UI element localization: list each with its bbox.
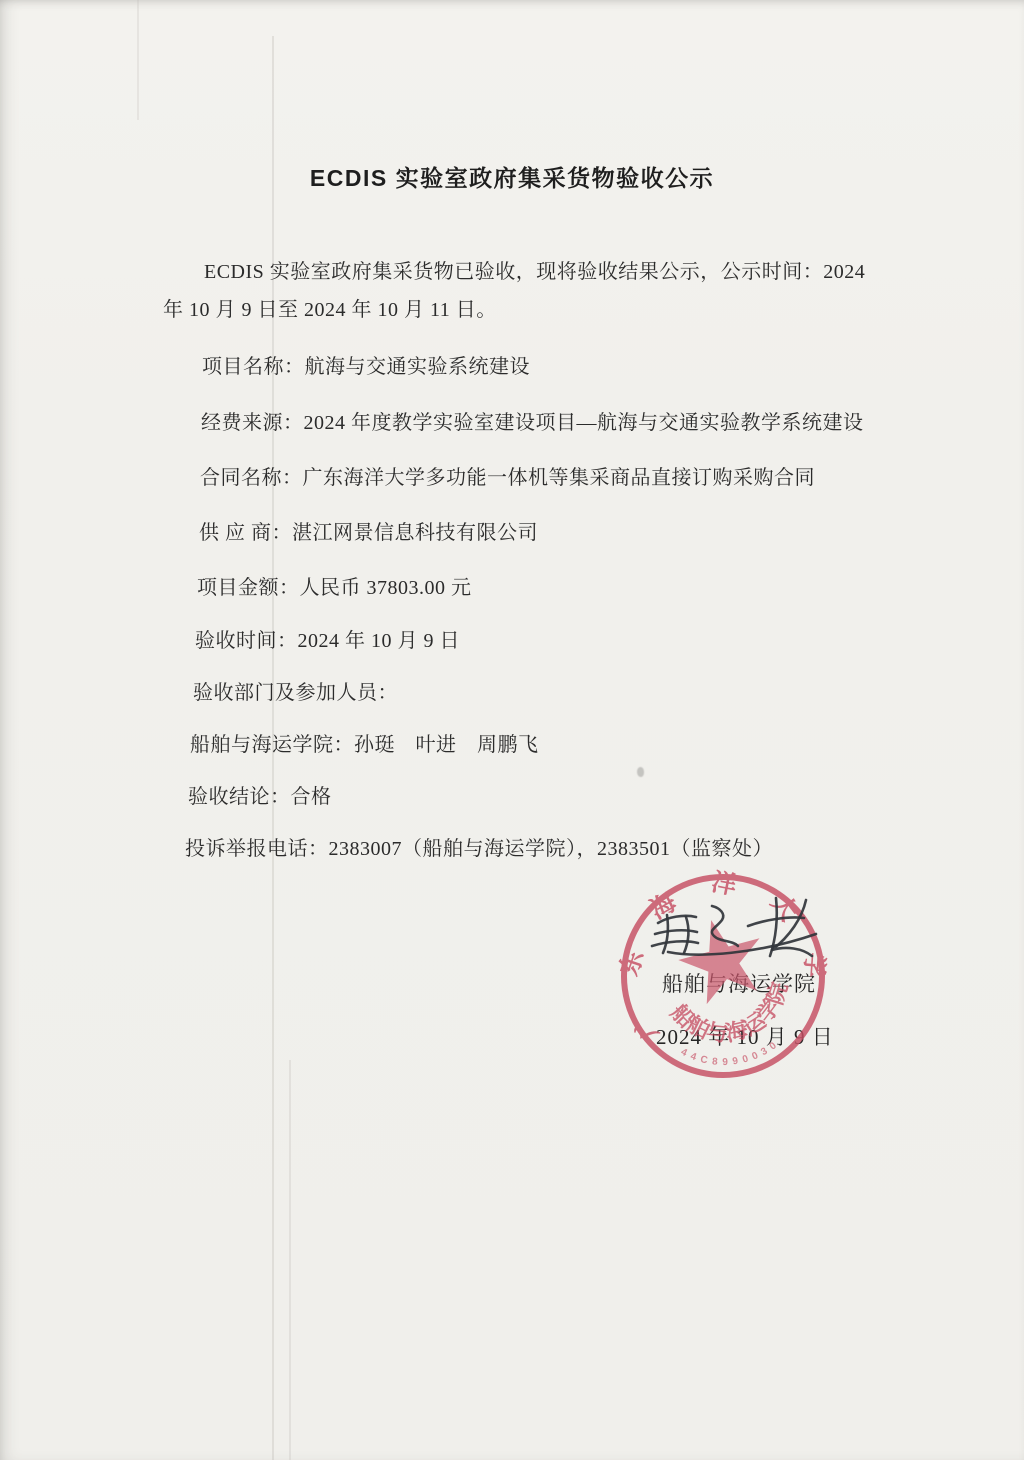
field-complaint-hotline: 投诉举报电话：2383007（船舶与海运学院），2383501（监察处） <box>185 834 773 864</box>
field-project-amount: 项目金额：人民币 37803.00 元 <box>197 573 472 603</box>
signoff-department: 船舶与海运学院 <box>662 969 816 999</box>
document-title: ECDIS 实验室政府集采货物验收公示 <box>0 163 1024 193</box>
scanned-document-page: ECDIS 实验室政府集采货物验收公示 ECDIS 实验室政府集采货物已验收，现… <box>0 0 1024 1460</box>
field-supplier: 供 应 商：湛江网景信息科技有限公司 <box>199 518 538 548</box>
paper-crease <box>289 1060 291 1460</box>
paper-speck <box>637 767 644 777</box>
field-funding-source: 经费来源：2024 年度教学实验室建设项目—航海与交通实验教学系统建设 <box>201 408 864 438</box>
field-participants: 船舶与海运学院：孙珽 叶进 周鹏飞 <box>190 730 539 760</box>
intro-line-1: ECDIS 实验室政府集采货物已验收，现将验收结果公示，公示时间：2024 <box>204 257 865 287</box>
signature-scrawl <box>652 898 816 956</box>
field-acceptance-time: 验收时间：2024 年 10 月 9 日 <box>195 626 460 656</box>
field-conclusion: 验收结论：合格 <box>188 782 332 812</box>
intro-line-2: 年 10 月 9 日至 2024 年 10 月 11 日。 <box>163 295 497 325</box>
field-departments-label: 验收部门及参加人员： <box>193 678 398 708</box>
signoff-date: 2024 年 10 月 9 日 <box>656 1022 834 1052</box>
field-contract-name: 合同名称：广东海洋大学多功能一体机等集采商品直接订购采购合同 <box>200 463 815 493</box>
field-project-name: 项目名称：航海与交通实验系统建设 <box>202 352 530 382</box>
paper-crease <box>137 0 139 120</box>
